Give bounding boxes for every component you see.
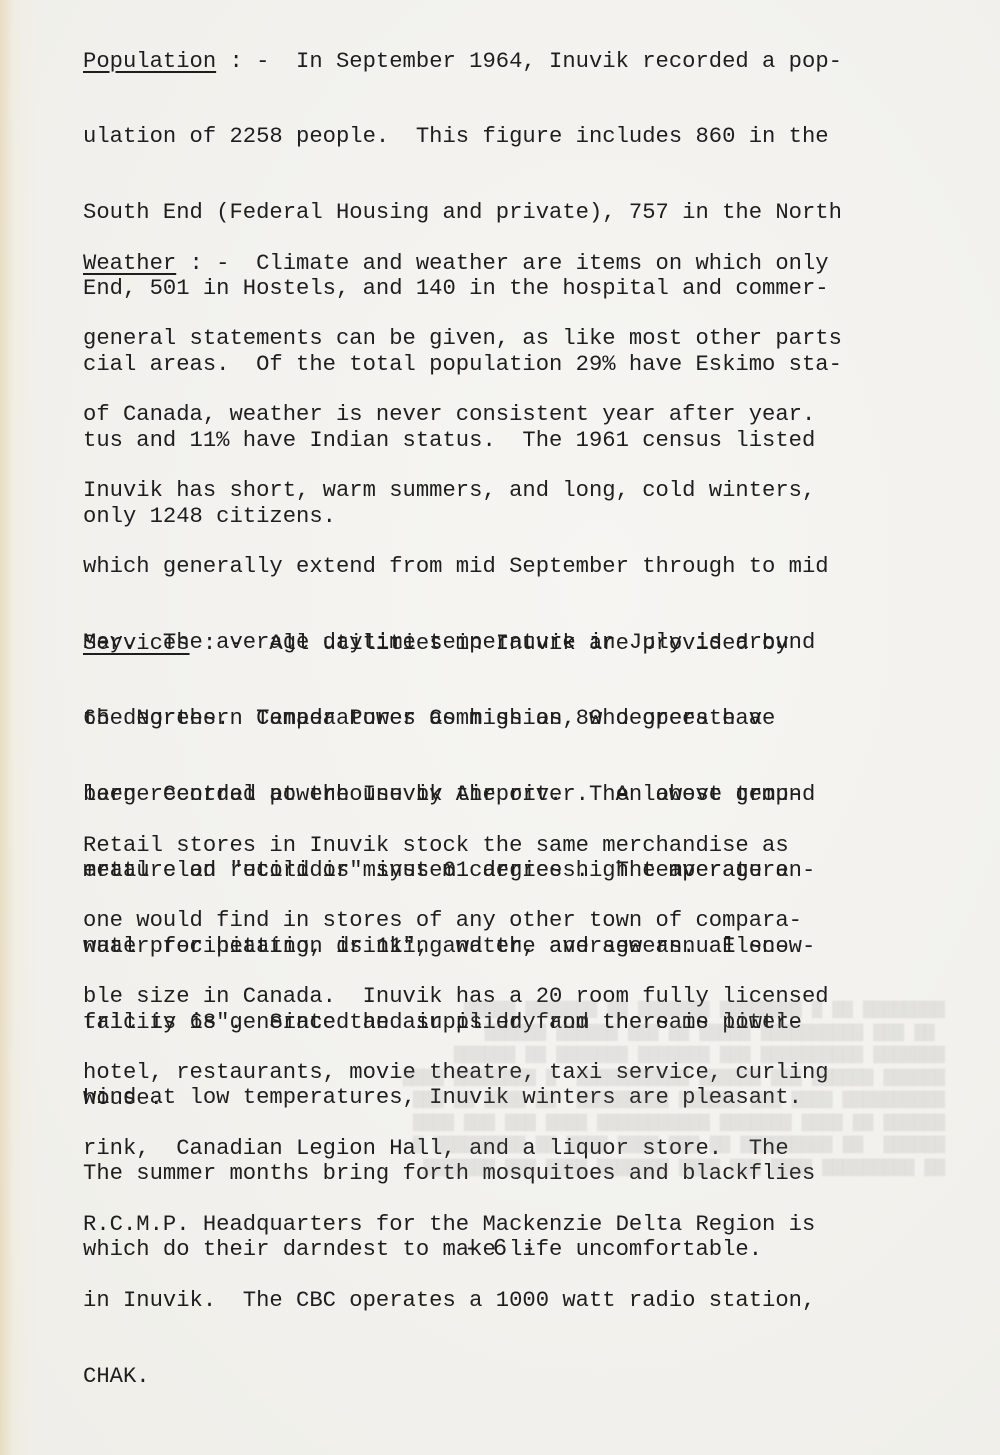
section-heading-weather: Weather (83, 251, 176, 276)
line-text: : - Climate and weather are items on whi… (176, 251, 828, 276)
paragraph-line: Population : - In September 1964, Inuvik… (83, 49, 842, 74)
page-number: - 6 - (0, 1236, 1000, 1263)
paragraph-line: R.C.M.P. Headquarters for the Mackenzie … (83, 1212, 829, 1237)
line-text: : - All utilities in Inuvik are provided… (190, 631, 789, 656)
section-heading-services: Services (83, 631, 190, 656)
line-text: : - In September 1964, Inuvik recorded a… (216, 49, 842, 74)
paragraph-line: Services : - All utilities in Inuvik are… (83, 631, 815, 656)
paragraph-line: in Inuvik. The CBC operates a 1000 watt … (83, 1288, 829, 1313)
paragraph-line: the Northern Canada Power Commission, wh… (83, 706, 815, 731)
paragraph-line: which generally extend from mid Septembe… (83, 554, 842, 579)
document-page: Population : - In September 1964, Inuvik… (0, 0, 1000, 1455)
paragraph-line: Retail stores in Inuvik stock the same m… (83, 833, 829, 858)
reverse-side-bleed-through: ▇▇▇▇▇▇▇▇ ▇▇ ▇ ▇▇▇▇▇▇▇▇ ▇▇▇▇▇▇▇ ▇▇ ▇▇▇▇▇▇… (95, 1000, 945, 1180)
paragraph-line: ulation of 2258 people. This figure incl… (83, 124, 842, 149)
section-heading-population: Population (83, 49, 216, 74)
paragraph-line: CHAK. (83, 1364, 829, 1389)
paragraph-line: general statements can be given, as like… (83, 326, 842, 351)
paragraph-line: Weather : - Climate and weather are item… (83, 251, 842, 276)
paragraph-line: one would find in stores of any other to… (83, 908, 829, 933)
paragraph-line: Inuvik has short, warm summers, and long… (83, 478, 842, 503)
paragraph-line: of Canada, weather is never consistent y… (83, 402, 842, 427)
